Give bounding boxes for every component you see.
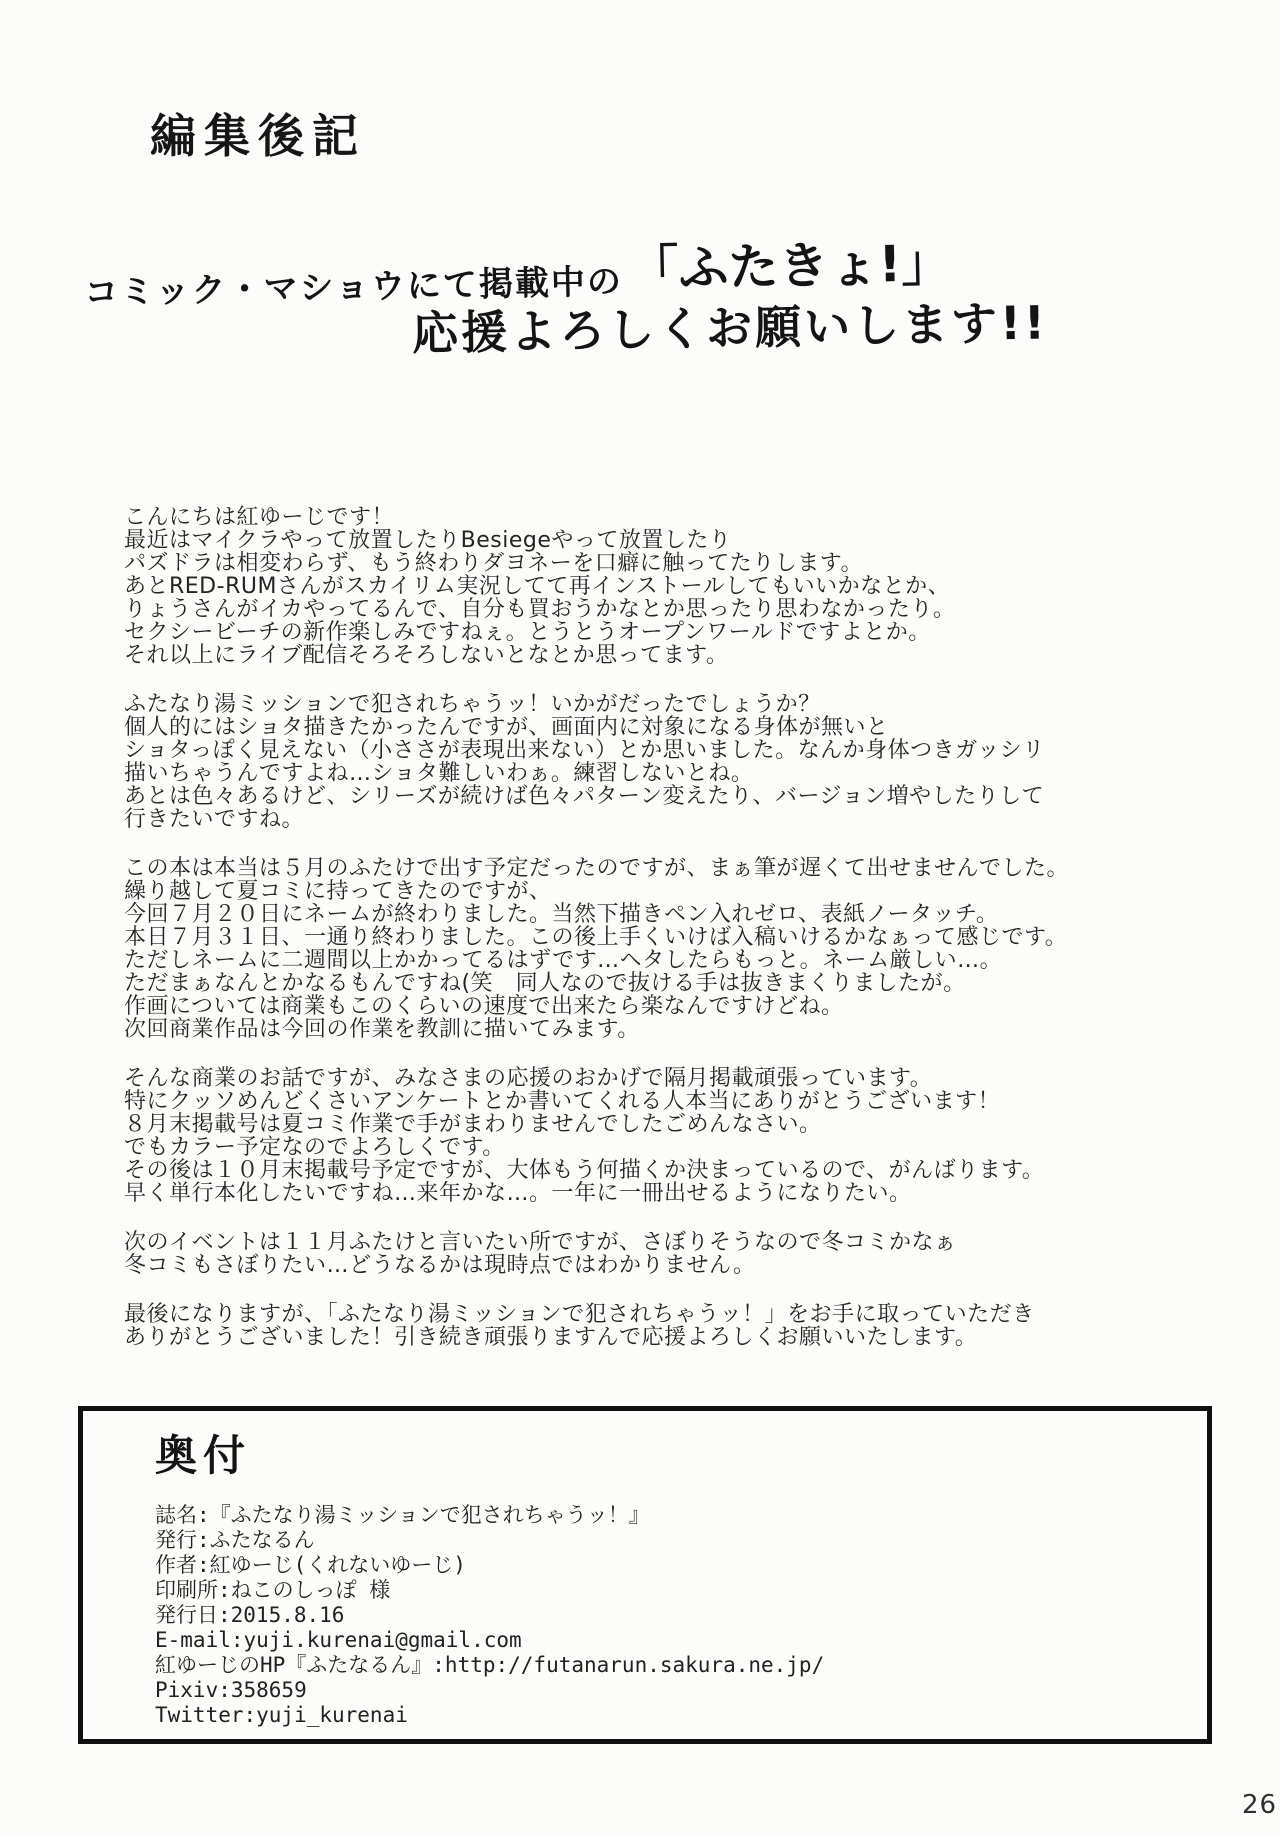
scanned-page: 編集後記 コミック・マショウにて掲載中の「ふたきょ!」 応援よろしくお願いします… xyxy=(0,0,1280,1835)
afterword-line: ただしネームに二週間以上かかってるはずです…ヘタしたらもっと。ネーム厳しい…。 xyxy=(124,949,1224,972)
afterword-line: あとは色々あるけど、シリーズが続けば色々パターン変えたり、バージョン増やしたりし… xyxy=(124,785,1224,808)
afterword-line: 次のイベントは１１月ふたけと言いたい所ですが、さぼりそうなので冬コミかなぁ xyxy=(124,1231,1224,1254)
afterword-body: こんにちは紅ゆーじです！最近はマイクラやって放置したりBesiegeやって放置し… xyxy=(124,506,1224,1375)
afterword-line: ふたなり湯ミッションで犯されちゃうッ！いかがだったでしょうか？ xyxy=(124,693,1224,716)
afterword-paragraph: この本は本当は５月のふたけで出す予定だったのですが、まぁ筆が遅くて出せませんでし… xyxy=(124,857,1224,1041)
afterword-line: 本日７月３１日、一通り終わりました。この後上手くいけば入稿いけるかなぁって感じで… xyxy=(124,926,1224,949)
afterword-line: でもカラー予定なのでよろしくです。 xyxy=(124,1136,1224,1159)
afterword-line: あとRED-RUMさんがスカイリム実況してて再インストールしてもいいかなとか、 xyxy=(124,575,1224,598)
afterword-line: ８月末掲載号は夏コミ作業で手がまわりませんでしたごめんなさい。 xyxy=(124,1113,1224,1136)
colophon-line: Pixiv:358659 xyxy=(155,1678,1207,1703)
colophon-title: 奥付 xyxy=(155,1423,1207,1483)
colophon-line: 紅ゆーじのHP『ふたなるん』:http://futanarun.sakura.n… xyxy=(155,1653,1207,1678)
afterword-line: ありがとうございました！引き続き頑張りますんで応援よろしくお願いいたします。 xyxy=(124,1326,1224,1349)
afterword-line: 個人的にはショタ描きたかったんですが、画面内に対象になる身体が無いと xyxy=(124,716,1224,739)
afterword-line: パズドラは相変わらず、もう終わりダヨネーを口癖に触ってたりします。 xyxy=(124,552,1224,575)
afterword-line: ショタっぽく見えない（小ささが表現出来ない）とか思いました。なんか身体つきガッシ… xyxy=(124,739,1224,762)
afterword-line: 最近はマイクラやって放置したりBesiegeやって放置したり xyxy=(124,529,1224,552)
afterword-paragraph: ふたなり湯ミッションで犯されちゃうッ！いかがだったでしょうか？個人的にはショタ描… xyxy=(124,693,1224,831)
afterword-line: 作画については商業もこのくらいの速度で出来たら楽なんですけどね。 xyxy=(124,995,1224,1018)
colophon-line: 作者:紅ゆーじ(くれないゆーじ) xyxy=(155,1553,1207,1578)
afterword-line: この本は本当は５月のふたけで出す予定だったのですが、まぁ筆が遅くて出せませんでし… xyxy=(124,857,1224,880)
colophon-box: 奥付 誌名:『ふたなり湯ミッションで犯されちゃうッ！』発行:ふたなるん作者:紅ゆ… xyxy=(78,1406,1212,1744)
afterword-line: その後は１０月末掲載号予定ですが、大体もう何描くか決まっているので、がんばります… xyxy=(124,1159,1224,1182)
colophon-line: 誌名:『ふたなり湯ミッションで犯されちゃうッ！』 xyxy=(155,1503,1207,1528)
page-number: 26 xyxy=(1242,1790,1277,1820)
afterword-line: 冬コミもさぼりたい…どうなるかは現時点ではわかりません。 xyxy=(124,1254,1224,1277)
afterword-paragraph: 最後になりますが、「ふたなり湯ミッションで犯されちゃうッ！」をお手に取っていただ… xyxy=(124,1303,1224,1349)
afterword-line: こんにちは紅ゆーじです！ xyxy=(124,506,1224,529)
page-title: 編集後記 xyxy=(150,100,366,166)
afterword-line: 行きたいですね。 xyxy=(124,808,1224,831)
colophon-lines: 誌名:『ふたなり湯ミッションで犯されちゃうッ！』発行:ふたなるん作者:紅ゆーじ(… xyxy=(155,1503,1207,1728)
afterword-paragraph: 次のイベントは１１月ふたけと言いたい所ですが、さぼりそうなので冬コミかなぁ冬コミ… xyxy=(124,1231,1224,1277)
afterword-line: 今回７月２０日にネームが終わりました。当然下描きペン入れゼロ、表紙ノータッチ。 xyxy=(124,903,1224,926)
afterword-line: 早く単行本化したいですね…来年かな…。一年に一冊出せるようになりたい。 xyxy=(124,1182,1224,1205)
afterword-line: りょうさんがイカやってるんで、自分も買おうかなとか思ったり思わなかったり。 xyxy=(124,598,1224,621)
afterword-line: 繰り越して夏コミに持ってきたのですが、 xyxy=(124,880,1224,903)
afterword-line: 最後になりますが、「ふたなり湯ミッションで犯されちゃうッ！」をお手に取っていただ… xyxy=(124,1303,1224,1326)
colophon-line: 発行:ふたなるん xyxy=(155,1528,1207,1553)
afterword-line: セクシービーチの新作楽しみですねぇ。とうとうオープンワールドですよとか。 xyxy=(124,621,1224,644)
afterword-line: それ以上にライブ配信そろそろしないとなとか思ってます。 xyxy=(124,644,1224,667)
colophon-line: 発行日:2015.8.16 xyxy=(155,1603,1207,1628)
colophon-line: 印刷所:ねこのしっぽ 様 xyxy=(155,1578,1207,1603)
afterword-line: ただまぁなんとかなるもんですね(笑 同人なので抜ける手は抜きまくりましたが。 xyxy=(124,972,1224,995)
colophon-line: Twitter:yuji_kurenai xyxy=(155,1703,1207,1728)
colophon-line: E-mail:yuji.kurenai@gmail.com xyxy=(155,1628,1207,1653)
afterword-paragraph: こんにちは紅ゆーじです！最近はマイクラやって放置したりBesiegeやって放置し… xyxy=(124,506,1224,667)
afterword-paragraph: そんな商業のお話ですが、みなさまの応援のおかげで隔月掲載頑張っています。特にクッ… xyxy=(124,1067,1224,1205)
afterword-line: そんな商業のお話ですが、みなさまの応援のおかげで隔月掲載頑張っています。 xyxy=(124,1067,1224,1090)
afterword-line: 次回商業作品は今回の作業を教訓に描いてみます。 xyxy=(124,1018,1224,1041)
handwritten-banner-line2: 応援よろしくお願いします!! xyxy=(411,286,1048,363)
afterword-line: 特にクッソめんどくさいアンケートとか書いてくれる人本当にありがとうございます！ xyxy=(124,1090,1224,1113)
afterword-line: 描いちゃうんですよね…ショタ難しいわぁ。練習しないとね。 xyxy=(124,762,1224,785)
